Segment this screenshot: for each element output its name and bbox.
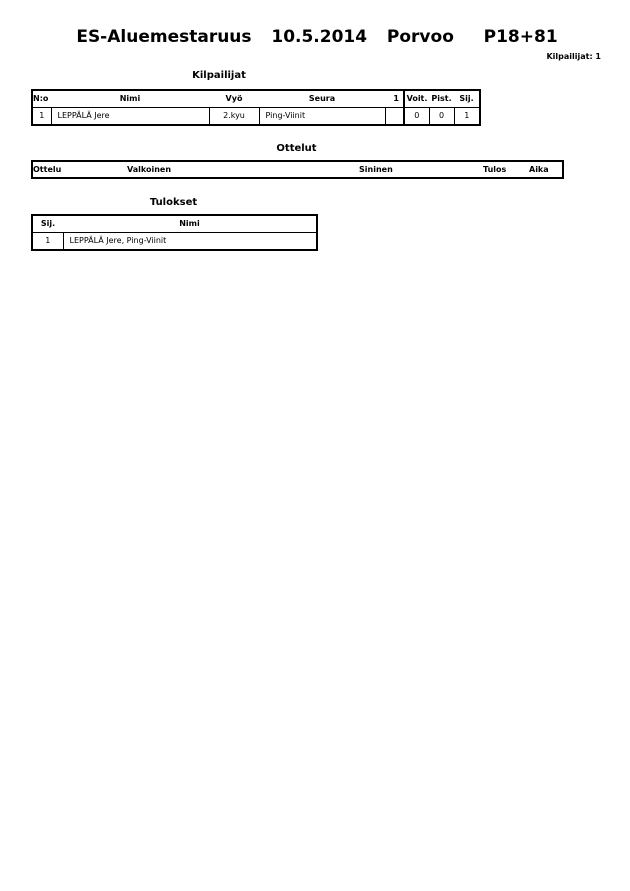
competitors-table: N:o Nimi Vyö Seura 1 Voit. Pist. Sij. 1 … xyxy=(31,89,481,126)
column-header-match: Ottelu xyxy=(32,161,127,178)
cell-belt: 2.kyu xyxy=(209,108,259,126)
results-section-title: Tulokset xyxy=(31,197,316,208)
table-row: 1 LEPPÄLÄ Jere 2.kyu Ping-Viinit 0 0 1 xyxy=(32,108,480,126)
matches-section-title: Ottelut xyxy=(31,143,562,154)
matches-table: Ottelu Valkoinen Sininen Tulos Aika xyxy=(31,160,564,179)
column-header-rank: Sij. xyxy=(32,215,63,233)
cell-points: 0 xyxy=(429,108,454,126)
column-header-belt: Vyö xyxy=(209,90,259,108)
cell-wins: 0 xyxy=(404,108,429,126)
results-table: Sij. Nimi 1 LEPPÄLÄ Jere, Ping-Viinit xyxy=(31,214,318,251)
cell-rank: 1 xyxy=(454,108,480,126)
cell-no: 1 xyxy=(32,108,51,126)
table-header-row: Sij. Nimi xyxy=(32,215,317,233)
column-header-white: Valkoinen xyxy=(127,161,359,178)
column-header-club: Seura xyxy=(259,90,385,108)
column-header-match-1: 1 xyxy=(385,90,404,108)
column-header-points: Pist. xyxy=(429,90,454,108)
column-header-result: Tulos xyxy=(483,161,529,178)
competitor-count: Kilpailijat: 1 xyxy=(546,52,601,61)
cell-match-1 xyxy=(385,108,404,126)
table-row: 1 LEPPÄLÄ Jere, Ping-Viinit xyxy=(32,233,317,251)
column-header-wins: Voit. xyxy=(404,90,429,108)
cell-name: LEPPÄLÄ Jere xyxy=(51,108,209,126)
column-header-name: Nimi xyxy=(51,90,209,108)
column-header-blue: Sininen xyxy=(359,161,483,178)
cell-rank: 1 xyxy=(32,233,63,251)
column-header-rank: Sij. xyxy=(454,90,480,108)
column-header-name: Nimi xyxy=(63,215,317,233)
column-header-time: Aika xyxy=(529,161,563,178)
column-header-no: N:o xyxy=(32,90,51,108)
cell-club: Ping-Viinit xyxy=(259,108,385,126)
competitors-section-title: Kilpailijat xyxy=(31,70,407,81)
table-header-row: Ottelu Valkoinen Sininen Tulos Aika xyxy=(32,161,563,178)
cell-name: LEPPÄLÄ Jere, Ping-Viinit xyxy=(63,233,317,251)
table-header-row: N:o Nimi Vyö Seura 1 Voit. Pist. Sij. xyxy=(32,90,480,108)
document-title: ES-Aluemestaruus 10.5.2014 Porvoo P18+81 xyxy=(2,27,630,47)
